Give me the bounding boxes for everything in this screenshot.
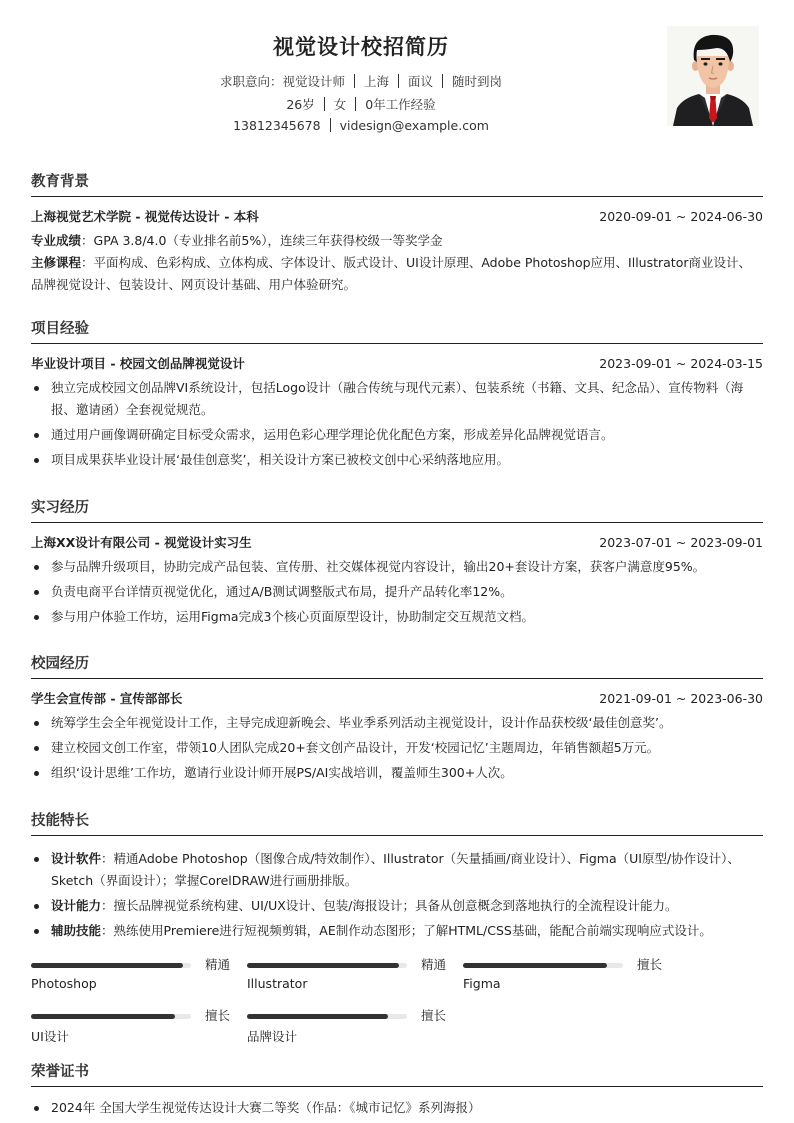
section-title: 技能特长 bbox=[31, 812, 763, 836]
bullet-list: 2024年 全国大学生视觉传达设计大赛二等奖（作品：《城市记忆》系列海报） bbox=[31, 1097, 763, 1119]
skill-level: 精通 bbox=[421, 955, 446, 973]
entry-title: 毕业设计项目 - 校园文创品牌视觉设计 bbox=[31, 354, 245, 374]
progress-fill bbox=[31, 963, 183, 968]
divider bbox=[354, 74, 355, 88]
section-title: 教育背景 bbox=[31, 173, 763, 197]
gpa-line: 专业成绩：GPA 3.8/4.0（专业排名前5%），连续三年获得校级一等奖学金 bbox=[31, 230, 763, 252]
progress-track bbox=[247, 963, 407, 968]
entry-date: 2023-09-01 ~ 2024-03-15 bbox=[599, 354, 763, 374]
entry-date: 2021-09-01 ~ 2023-06-30 bbox=[599, 689, 763, 709]
section-title: 荣誉证书 bbox=[31, 1063, 763, 1087]
resume-page: 视觉设计校招简历 求职意向：视觉设计师上海面议随时到岗 26岁女0年工作经验 1… bbox=[0, 0, 794, 1123]
age: 26岁 bbox=[286, 97, 314, 112]
skill-name: UI设计 bbox=[31, 1027, 69, 1045]
progress-fill bbox=[463, 963, 607, 968]
skill-bar-figma: 擅长 Figma bbox=[463, 957, 663, 1001]
entry-header: 上海XX设计有限公司 - 视觉设计实习生 2023-07-01 ~ 2023-0… bbox=[31, 533, 763, 553]
skill-bar-ui-design: 擅长 UI设计 bbox=[31, 1008, 231, 1052]
bullet-list: 参与品牌升级项目，协助完成产品包装、宣传册、社交媒体视觉内容设计，输出20+套设… bbox=[31, 556, 763, 628]
list-item: 设计软件：精通Adobe Photoshop（图像合成/特效制作）、Illust… bbox=[31, 848, 763, 892]
value: ：精通Adobe Photoshop（图像合成/特效制作）、Illustrato… bbox=[51, 851, 740, 888]
progress-track bbox=[463, 963, 623, 968]
progress-fill bbox=[31, 1014, 175, 1019]
courses-line: 主修课程：平面构成、色彩构成、立体构成、字体设计、版式设计、UI设计原理、Ado… bbox=[31, 252, 763, 296]
progress-track bbox=[31, 1014, 191, 1019]
list-item: 2024年 全国大学生视觉传达设计大赛二等奖（作品：《城市记忆》系列海报） bbox=[31, 1097, 763, 1119]
bullet-list: 设计软件：精通Adobe Photoshop（图像合成/特效制作）、Illust… bbox=[31, 848, 763, 942]
bullet-list: 独立完成校园文创品牌VI系统设计，包括Logo设计（融合传统与现代元素）、包装系… bbox=[31, 377, 763, 471]
section-title: 校园经历 bbox=[31, 655, 763, 679]
list-item: 独立完成校园文创品牌VI系统设计，包括Logo设计（融合传统与现代元素）、包装系… bbox=[31, 377, 763, 421]
entry-header: 学生会宣传部 - 宣传部部长 2021-09-01 ~ 2023-06-30 bbox=[31, 689, 763, 709]
resume-header: 视觉设计校招简历 求职意向：视觉设计师上海面议随时到岗 26岁女0年工作经验 1… bbox=[31, 0, 763, 150]
divider bbox=[355, 97, 356, 111]
skill-bar-illustrator: 精通 Illustrator bbox=[247, 957, 447, 1001]
list-item: 辅助技能：熟练使用Premiere进行短视频剪辑，AE制作动态图形；了解HTML… bbox=[31, 920, 763, 942]
personal-info-line: 26岁女0年工作经验 bbox=[31, 95, 691, 113]
entry-header: 毕业设计项目 - 校园文创品牌视觉设计 2023-09-01 ~ 2024-03… bbox=[31, 354, 763, 374]
entry-date: 2023-07-01 ~ 2023-09-01 bbox=[599, 533, 763, 553]
label: 主修课程 bbox=[31, 255, 81, 270]
section-title: 实习经历 bbox=[31, 499, 763, 523]
salary: 面议 bbox=[408, 74, 433, 89]
entry-title: 上海XX设计有限公司 - 视觉设计实习生 bbox=[31, 533, 252, 553]
education-section: 教育背景 上海视觉艺术学院 - 视觉传达设计 - 本科 2020-09-01 ~… bbox=[31, 173, 763, 296]
skill-level: 精通 bbox=[205, 955, 230, 973]
list-item: 通过用户画像调研确定目标受众需求，运用色彩心理学理论优化配色方案，形成差异化品牌… bbox=[31, 424, 763, 446]
job-intent-line: 求职意向：视觉设计师上海面议随时到岗 bbox=[31, 72, 691, 90]
skills-section: 技能特长 设计软件：精通Adobe Photoshop（图像合成/特效制作）、I… bbox=[31, 812, 763, 945]
progress-fill bbox=[247, 1014, 388, 1019]
projects-section: 项目经验 毕业设计项目 - 校园文创品牌视觉设计 2023-09-01 ~ 20… bbox=[31, 320, 763, 474]
honors-section: 荣誉证书 2024年 全国大学生视觉传达设计大赛二等奖（作品：《城市记忆》系列海… bbox=[31, 1063, 763, 1122]
skill-name: Figma bbox=[463, 976, 501, 991]
list-item: 设计能力：擅长品牌视觉系统构建、UI/UX设计、包装/海报设计；具备从创意概念到… bbox=[31, 895, 763, 917]
phone[interactable]: 13812345678 bbox=[233, 118, 320, 133]
list-item: 组织‘设计思维’工作坊，邀请行业设计师开展PS/AI实战培训，覆盖师生300+人… bbox=[31, 762, 763, 784]
progress-fill bbox=[247, 963, 399, 968]
experience-years: 0年工作经验 bbox=[365, 97, 435, 112]
entry-date: 2020-09-01 ~ 2024-06-30 bbox=[599, 207, 763, 227]
label: 专业成绩 bbox=[31, 233, 81, 248]
value: ：平面构成、色彩构成、立体构成、字体设计、版式设计、UI设计原理、Adobe P… bbox=[31, 255, 751, 292]
skill-bars: 精通 Photoshop 精通 Illustrator 擅长 Figma 擅长 … bbox=[31, 957, 763, 1057]
resume-title: 视觉设计校招简历 bbox=[31, 31, 691, 61]
skill-name: Illustrator bbox=[247, 976, 307, 991]
label: 设计软件 bbox=[51, 851, 101, 866]
entry-title: 学生会宣传部 - 宣传部部长 bbox=[31, 689, 182, 709]
progress-track bbox=[31, 963, 191, 968]
entry-title: 上海视觉艺术学院 - 视觉传达设计 - 本科 bbox=[31, 207, 259, 227]
section-title: 项目经验 bbox=[31, 320, 763, 344]
email[interactable]: videsign@example.com bbox=[340, 118, 489, 133]
label: 设计能力 bbox=[51, 898, 101, 913]
value: ：擅长品牌视觉系统构建、UI/UX设计、包装/海报设计；具备从创意概念到落地执行… bbox=[101, 898, 677, 913]
list-item: 负责电商平台详情页视觉优化，通过A/B测试调整版式布局，提升产品转化率12%。 bbox=[31, 581, 763, 603]
skill-level: 擅长 bbox=[637, 955, 662, 973]
value: ：GPA 3.8/4.0（专业排名前5%），连续三年获得校级一等奖学金 bbox=[81, 233, 443, 248]
label: 辅助技能 bbox=[51, 923, 101, 938]
contact-line: 13812345678videsign@example.com bbox=[31, 118, 691, 133]
list-item: 参与品牌升级项目，协助完成产品包装、宣传册、社交媒体视觉内容设计，输出20+套设… bbox=[31, 556, 763, 578]
availability: 随时到岗 bbox=[452, 74, 502, 89]
value: ：熟练使用Premiere进行短视频剪辑，AE制作动态图形；了解HTML/CSS… bbox=[101, 923, 712, 938]
job-intent: 求职意向：视觉设计师 bbox=[220, 74, 345, 89]
location: 上海 bbox=[364, 74, 389, 89]
list-item: 参与用户体验工作坊，运用Figma完成3个核心页面原型设计，协助制定交互规范文档… bbox=[31, 606, 763, 628]
bullet-list: 统筹学生会全年视觉设计工作，主导完成迎新晚会、毕业季系列活动主视觉设计，设计作品… bbox=[31, 712, 763, 784]
divider bbox=[324, 97, 325, 111]
skill-name: 品牌设计 bbox=[247, 1027, 297, 1045]
entry-header: 上海视觉艺术学院 - 视觉传达设计 - 本科 2020-09-01 ~ 2024… bbox=[31, 207, 763, 227]
list-item: 建立校园文创工作室，带领10人团队完成20+套文创产品设计，开发‘校园记忆’主题… bbox=[31, 737, 763, 759]
skill-bar-brand-design: 擅长 品牌设计 bbox=[247, 1008, 447, 1052]
list-item: 统筹学生会全年视觉设计工作，主导完成迎新晚会、毕业季系列活动主视觉设计，设计作品… bbox=[31, 712, 763, 734]
skill-bar-photoshop: 精通 Photoshop bbox=[31, 957, 231, 1001]
skill-name: Photoshop bbox=[31, 976, 97, 991]
campus-section: 校园经历 学生会宣传部 - 宣传部部长 2021-09-01 ~ 2023-06… bbox=[31, 655, 763, 787]
progress-track bbox=[247, 1014, 407, 1019]
divider bbox=[442, 74, 443, 88]
skill-level: 擅长 bbox=[205, 1006, 230, 1024]
divider bbox=[398, 74, 399, 88]
skill-level: 擅长 bbox=[421, 1006, 446, 1024]
avatar-illustration-icon bbox=[667, 26, 759, 126]
divider bbox=[330, 118, 331, 132]
list-item: 项目成果获毕业设计展‘最佳创意奖’，相关设计方案已被校文创中心采纳落地应用。 bbox=[31, 449, 763, 471]
internship-section: 实习经历 上海XX设计有限公司 - 视觉设计实习生 2023-07-01 ~ 2… bbox=[31, 499, 763, 631]
avatar bbox=[667, 26, 759, 126]
gender: 女 bbox=[334, 97, 347, 112]
